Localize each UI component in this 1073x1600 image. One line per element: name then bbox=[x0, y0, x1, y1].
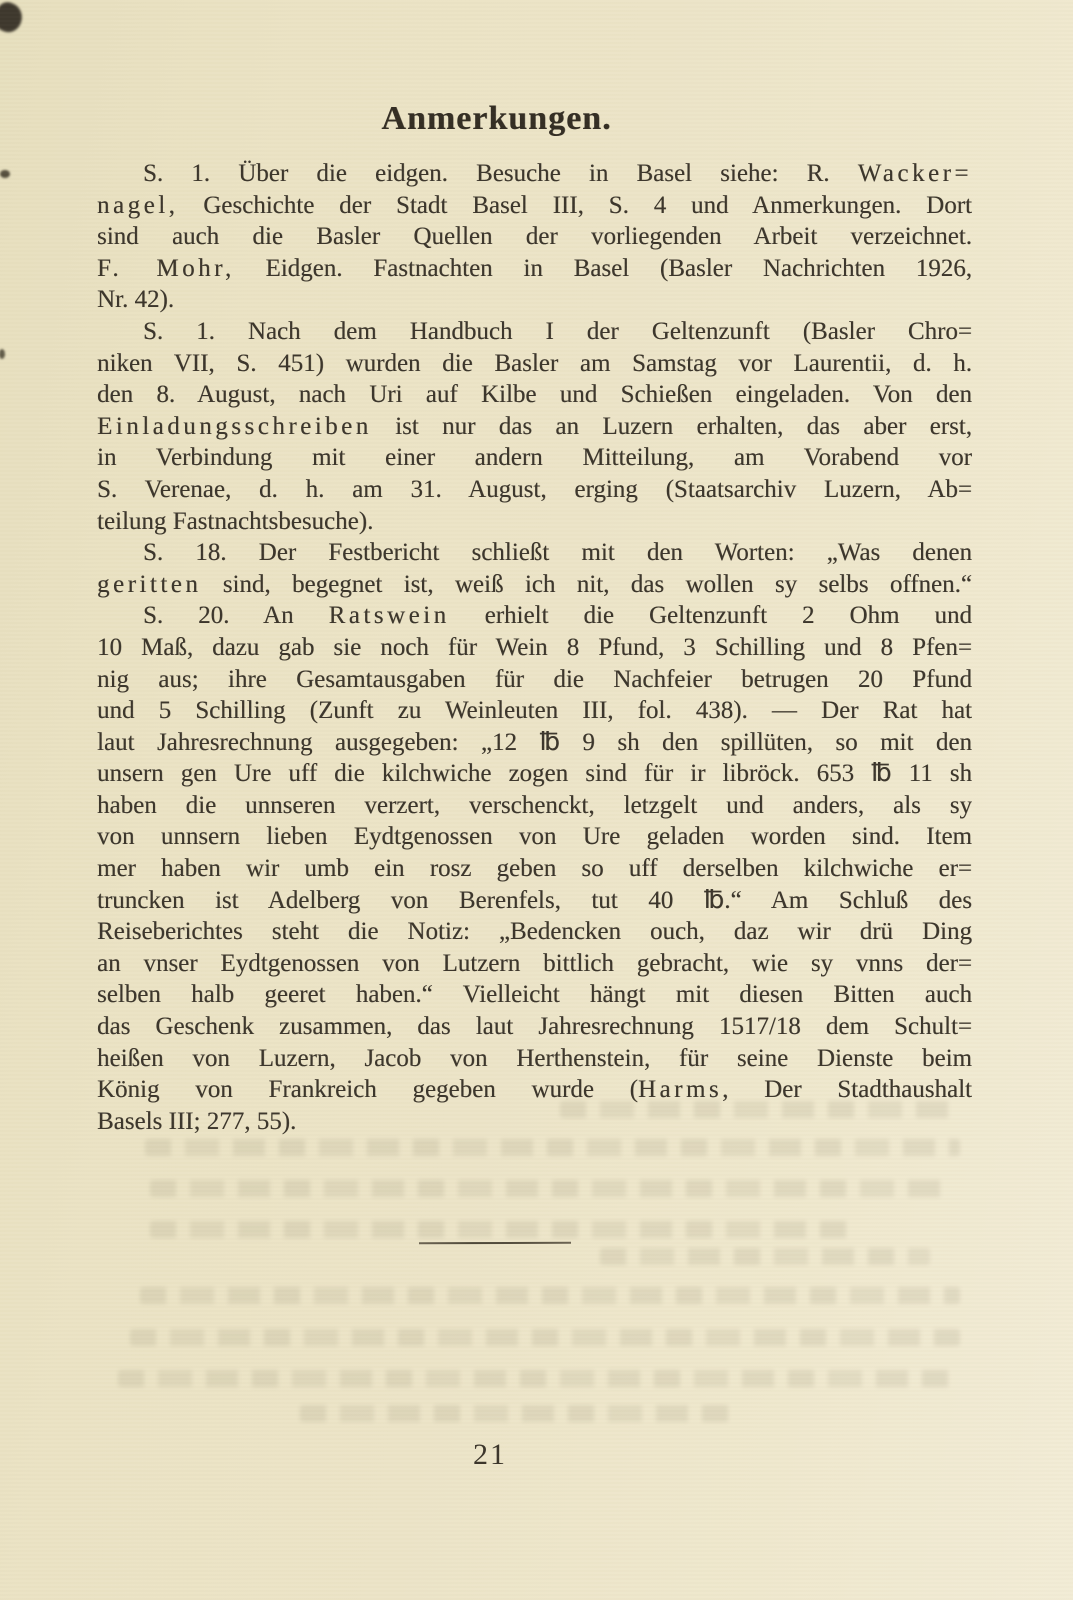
text-line: S. 20. An Ratswein erhielt die Geltenzun… bbox=[97, 600, 972, 632]
text-line: den 8. August, nach Uri auf Kilbe und Sc… bbox=[97, 379, 972, 411]
text-line: F. Mohr, Eidgen. Fastnachten in Basel (B… bbox=[97, 253, 972, 285]
bleed-through-line bbox=[600, 1248, 930, 1265]
bleed-through-line bbox=[300, 1405, 730, 1422]
text-segment: S. 1. Über die eidgen. Besuche in Basel … bbox=[143, 160, 858, 187]
bleed-through-line bbox=[150, 1221, 850, 1238]
book-page: Anmerkungen. S. 1. Über die eidgen. Besu… bbox=[0, 0, 1073, 1600]
text-segment: , Der Stadthaushalt bbox=[722, 1076, 972, 1103]
bleed-through-line bbox=[560, 1101, 960, 1118]
text-line: geritten sind, begegnet ist, weiß ich ni… bbox=[97, 569, 972, 601]
text-line: niken VII, S. 451) wurden die Basler am … bbox=[97, 348, 972, 380]
paragraph: S. 18. Der Festbericht schließt mit den … bbox=[97, 537, 972, 600]
text-segment: sind, begegnet ist, weiß ich nit, das wo… bbox=[201, 571, 972, 598]
paragraph: S. 1. Nach dem Handbuch I der Geltenzunf… bbox=[97, 316, 972, 537]
text-line: mer haben wir umb ein rosz geben so uff … bbox=[97, 853, 972, 885]
text-line: S. 1. Über die eidgen. Besuche in Basel … bbox=[97, 158, 972, 190]
text-segment: Eidgen. Fastnachten in Basel (Basler Nac… bbox=[235, 255, 972, 282]
bleed-through-line bbox=[150, 1180, 950, 1197]
letterspaced-text: nagel, bbox=[97, 192, 178, 219]
text-line: haben die unnseren verzert, verschenckt,… bbox=[97, 790, 972, 822]
text-line: Nr. 42). bbox=[97, 284, 972, 316]
paragraph: S. 1. Über die eidgen. Besuche in Basel … bbox=[97, 158, 972, 316]
text-line: S. 1. Nach dem Handbuch I der Geltenzunf… bbox=[97, 316, 972, 348]
text-line: Einladungsschreiben ist nur das an Luzer… bbox=[97, 411, 972, 443]
letterspaced-text: Harms bbox=[638, 1076, 722, 1103]
text-line: das Geschenk zusammen, das laut Jahresre… bbox=[97, 1011, 972, 1043]
text-line: in Verbindung mit einer andern Mitteilun… bbox=[97, 442, 972, 474]
text-segment: Geschichte der Stadt Basel III, S. 4 und… bbox=[178, 192, 972, 219]
letterspaced-text: Ratswein bbox=[329, 602, 450, 629]
letterspaced-text: F. Mohr, bbox=[97, 255, 235, 282]
bleed-through-line bbox=[140, 1287, 960, 1304]
text-line: 10 Maß, dazu gab sie noch für Wein 8 Pfu… bbox=[97, 632, 972, 664]
text-line: nagel, Geschichte der Stadt Basel III, S… bbox=[97, 190, 972, 222]
text-line: unsern gen Ure uff die kilchwiche zogen … bbox=[97, 758, 972, 790]
page-title: Anmerkungen. bbox=[59, 100, 934, 138]
scan-edge-artifact bbox=[0, 349, 5, 359]
text-line: an vnser Eydtgenossen von Lutzern bittli… bbox=[97, 948, 972, 980]
text-line: nig aus; ihre Gesamtausgaben für die Nac… bbox=[97, 664, 972, 696]
text-line: selben halb geeret haben.“ Vielleicht hä… bbox=[97, 979, 972, 1011]
text-line: teilung Fastnachtsbesuche). bbox=[97, 506, 972, 538]
paragraph: S. 20. An Ratswein erhielt die Geltenzun… bbox=[97, 600, 972, 1137]
section-divider bbox=[419, 1242, 571, 1245]
letterspaced-text: Wacker= bbox=[858, 160, 972, 187]
text-line: und 5 Schilling (Zunft zu Weinleuten III… bbox=[97, 695, 972, 727]
text-line: Reiseberichtes steht die Notiz: „Bedenck… bbox=[97, 916, 972, 948]
page-number: 21 bbox=[0, 1438, 980, 1472]
notes-section: Anmerkungen. S. 1. Über die eidgen. Besu… bbox=[97, 100, 972, 1137]
letterspaced-text: geritten bbox=[97, 571, 201, 598]
text-line: von unnsern lieben Eydtgenossen von Ure … bbox=[97, 821, 972, 853]
text-segment: König von Frankreich gegeben wurde ( bbox=[97, 1076, 638, 1103]
text-segment: erhielt die Geltenzunft 2 Ohm und bbox=[450, 602, 972, 629]
text-line: truncken ist Adelberg von Berenfels, tut… bbox=[97, 885, 972, 917]
text-line: S. Verenae, d. h. am 31. August, erging … bbox=[97, 474, 972, 506]
scan-corner-artifact bbox=[0, 0, 27, 36]
letterspaced-text: Einladungsschreiben bbox=[97, 413, 372, 440]
paragraphs-container: S. 1. Über die eidgen. Besuche in Basel … bbox=[97, 158, 972, 1137]
bleed-through-line bbox=[145, 1139, 960, 1156]
text-segment: S. 20. An bbox=[143, 602, 329, 629]
text-line: laut Jahresrechnung ausgegeben: „12 ℔ 9 … bbox=[97, 727, 972, 759]
bleed-through-line bbox=[130, 1329, 960, 1346]
text-line: S. 18. Der Festbericht schließt mit den … bbox=[97, 537, 972, 569]
scan-edge-artifact bbox=[0, 170, 10, 178]
bleed-through-line bbox=[118, 1370, 953, 1387]
text-line: heißen von Luzern, Jacob von Herthenstei… bbox=[97, 1043, 972, 1075]
text-segment: ist nur das an Luzern erhalten, das aber… bbox=[372, 413, 972, 440]
text-line: sind auch die Basler Quellen der vorlieg… bbox=[97, 221, 972, 253]
